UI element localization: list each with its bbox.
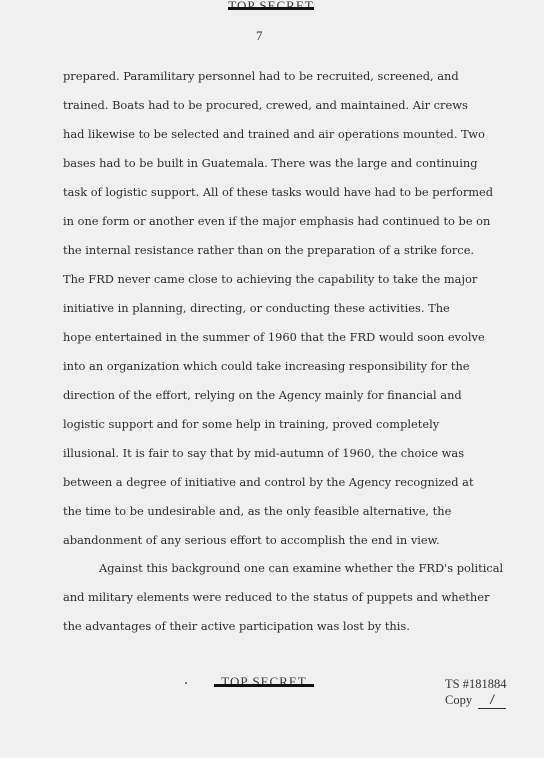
text-line: abandonment of any serious effort to acc…: [63, 526, 543, 555]
text-line: prepared. Paramilitary personnel had to …: [63, 62, 543, 91]
text-line: logistic support and for some help in tr…: [63, 410, 543, 439]
paragraph-2: Against this background one can examine …: [63, 554, 543, 641]
classification-marking-bottom: TOP SECRET: [214, 676, 314, 692]
copy-label: Copy: [445, 692, 472, 708]
document-page: TOP SECRET 7 prepared. Paramilitary pers…: [0, 0, 544, 758]
text-line: direction of the effort, relying on the …: [63, 381, 543, 410]
text-line: in one form or another even if the major…: [63, 207, 543, 236]
text-line: and military elements were reduced to th…: [63, 583, 543, 612]
text-line: task of logistic support. All of these t…: [63, 178, 543, 207]
stray-mark: [185, 682, 187, 684]
classification-marking-top: TOP SECRET: [228, 0, 314, 16]
paragraph-1: prepared. Paramilitary personnel had to …: [63, 62, 543, 555]
classification-text: TOP SECRET: [221, 676, 307, 689]
text-line: the internal resistance rather than on t…: [63, 236, 543, 265]
text-line: the time to be undesirable and, as the o…: [63, 497, 543, 526]
copy-line: Copy /: [445, 692, 506, 709]
strikethrough-line: [214, 684, 314, 687]
control-block: TS #181884 Copy /: [445, 676, 506, 709]
text-line: had likewise to be selected and trained …: [63, 120, 543, 149]
text-line: initiative in planning, directing, or co…: [63, 294, 543, 323]
text-line: Against this background one can examine …: [63, 554, 543, 583]
page-number: 7: [256, 28, 263, 44]
control-number: TS #181884: [445, 676, 506, 692]
copy-number: /: [478, 692, 506, 709]
text-line: illusional. It is fair to say that by mi…: [63, 439, 543, 468]
text-line: hope entertained in the summer of 1960 t…: [63, 323, 543, 352]
strikethrough-line: [228, 7, 314, 10]
text-line: into an organization which could take in…: [63, 352, 543, 381]
text-line: bases had to be built in Guatemala. Ther…: [63, 149, 543, 178]
text-line: the advantages of their active participa…: [63, 612, 543, 641]
text-line: The FRD never came close to achieving th…: [63, 265, 543, 294]
text-line: between a degree of initiative and contr…: [63, 468, 543, 497]
text-line: trained. Boats had to be procured, crewe…: [63, 91, 543, 120]
